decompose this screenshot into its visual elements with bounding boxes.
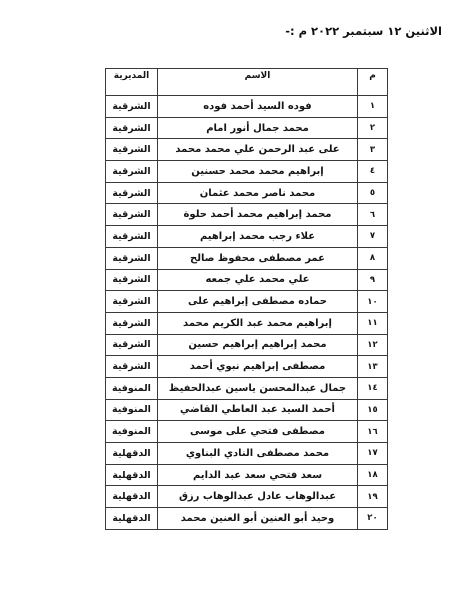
row-directorate-cell: الشرقية (106, 291, 158, 313)
row-name-cell: حماده مصطفى إبراهيم على (158, 291, 358, 313)
table-row: ٢٠وحيد أبو العنين أبو العنين محمدالدقهلي… (106, 508, 388, 530)
row-serial-cell: ١٩ (358, 486, 388, 508)
row-directorate-cell: الشرقية (106, 161, 158, 183)
row-serial-cell: ١٤ (358, 377, 388, 399)
row-serial-cell: ١١ (358, 312, 388, 334)
table-row: ٣على عبد الرحمن علي محمد محمدالشرقية (106, 139, 388, 161)
row-directorate-cell: الشرقية (106, 269, 158, 291)
row-directorate-cell: الدقهلية (106, 486, 158, 508)
row-serial-cell: ١٦ (358, 421, 388, 443)
row-name-cell: محمد مصطفى النادي البناوي (158, 443, 358, 465)
row-name-cell: وحيد أبو العنين أبو العنين محمد (158, 508, 358, 530)
table-row: ١٩عبدالوهاب عادل عبدالوهاب رزقالدقهلية (106, 486, 388, 508)
row-serial-cell: ١ (358, 96, 388, 118)
table-row: ٩علي محمد علي جمعهالشرقية (106, 269, 388, 291)
table-row: ١فوده السيد أحمد فودهالشرقية (106, 96, 388, 118)
row-name-cell: أحمد السيد عبد العاطي القاضي (158, 399, 358, 421)
row-name-cell: محمد ناصر محمد عثمان (158, 182, 358, 204)
table-row: ٨عمر مصطفى محفوظ صالحالشرقية (106, 247, 388, 269)
header-cell-serial: م (358, 69, 388, 96)
row-directorate-cell: الدقهلية (106, 443, 158, 465)
table-row: ١٧محمد مصطفى النادي البناويالدقهلية (106, 443, 388, 465)
row-directorate-cell: الشرقية (106, 182, 158, 204)
row-name-cell: محمد إبراهيم إبراهيم حسين (158, 334, 358, 356)
row-directorate-cell: الشرقية (106, 312, 158, 334)
row-directorate-cell: الشرقية (106, 334, 158, 356)
table-row: ١٥أحمد السيد عبد العاطي القاضيالمنوفية (106, 399, 388, 421)
row-directorate-cell: الدقهلية (106, 464, 158, 486)
row-serial-cell: ١٨ (358, 464, 388, 486)
row-name-cell: فوده السيد أحمد فوده (158, 96, 358, 118)
row-directorate-cell: الشرقية (106, 96, 158, 118)
row-name-cell: مصطفى إبراهيم نبوي أحمد (158, 356, 358, 378)
row-directorate-cell: الشرقية (106, 247, 158, 269)
row-serial-cell: ٩ (358, 269, 388, 291)
row-serial-cell: ١٧ (358, 443, 388, 465)
table-row: ٢محمد جمال أنور امامالشرقية (106, 117, 388, 139)
row-serial-cell: ٥ (358, 182, 388, 204)
table-row: ١٤جمال عبدالمحسن ياسين عبدالحفيظالمنوفية (106, 377, 388, 399)
row-serial-cell: ٢٠ (358, 508, 388, 530)
row-directorate-cell: المنوفية (106, 421, 158, 443)
row-directorate-cell: الشرقية (106, 356, 158, 378)
row-name-cell: علي محمد علي جمعه (158, 269, 358, 291)
header-row: م الاسم المديرية (106, 69, 388, 96)
row-name-cell: عمر مصطفى محفوظ صالح (158, 247, 358, 269)
row-serial-cell: ٧ (358, 226, 388, 248)
row-directorate-cell: المنوفية (106, 399, 158, 421)
row-name-cell: جمال عبدالمحسن ياسين عبدالحفيظ (158, 377, 358, 399)
roster-table: م الاسم المديرية ١فوده السيد أحمد فودهال… (105, 68, 388, 530)
row-serial-cell: ٦ (358, 204, 388, 226)
roster-table-header: م الاسم المديرية (106, 69, 388, 96)
table-row: ١٦مصطفى فتحي على موسىالمنوفية (106, 421, 388, 443)
table-row: ١٣مصطفى إبراهيم نبوي أحمدالشرقية (106, 356, 388, 378)
row-serial-cell: ١٠ (358, 291, 388, 313)
row-directorate-cell: الشرقية (106, 139, 158, 161)
row-name-cell: سعد فتحي سعد عبد الدايم (158, 464, 358, 486)
header-cell-name: الاسم (158, 69, 358, 96)
row-serial-cell: ١٢ (358, 334, 388, 356)
row-directorate-cell: الشرقية (106, 226, 158, 248)
row-name-cell: محمد إبراهيم محمد أحمد حلوة (158, 204, 358, 226)
header-cell-directorate: المديرية (106, 69, 158, 96)
table-row: ٤إبراهيم محمد محمد حسنينالشرقية (106, 161, 388, 183)
row-serial-cell: ١٥ (358, 399, 388, 421)
document-page: الاثنين ١٢ سبتمبر ٢٠٢٢ م :- م الاسم المد… (0, 0, 464, 600)
table-row: ٥محمد ناصر محمد عثمانالشرقية (106, 182, 388, 204)
roster-table-body: ١فوده السيد أحمد فودهالشرقية٢محمد جمال أ… (106, 96, 388, 530)
row-directorate-cell: المنوفية (106, 377, 158, 399)
row-serial-cell: ١٣ (358, 356, 388, 378)
row-name-cell: محمد جمال أنور امام (158, 117, 358, 139)
table-row: ١٠حماده مصطفى إبراهيم علىالشرقية (106, 291, 388, 313)
table-row: ١١إبراهيم محمد عبد الكريم محمدالشرقية (106, 312, 388, 334)
table-row: ٧علاء رجب محمد إبراهيمالشرقية (106, 226, 388, 248)
table-row: ٦محمد إبراهيم محمد أحمد حلوةالشرقية (106, 204, 388, 226)
row-name-cell: إبراهيم محمد عبد الكريم محمد (158, 312, 358, 334)
row-name-cell: علاء رجب محمد إبراهيم (158, 226, 358, 248)
table-row: ١٨سعد فتحي سعد عبد الدايمالدقهلية (106, 464, 388, 486)
table-row: ١٢محمد إبراهيم إبراهيم حسينالشرقية (106, 334, 388, 356)
row-name-cell: مصطفى فتحي على موسى (158, 421, 358, 443)
row-serial-cell: ٤ (358, 161, 388, 183)
row-name-cell: عبدالوهاب عادل عبدالوهاب رزق (158, 486, 358, 508)
row-directorate-cell: الدقهلية (106, 508, 158, 530)
row-directorate-cell: الشرقية (106, 204, 158, 226)
row-name-cell: على عبد الرحمن علي محمد محمد (158, 139, 358, 161)
row-serial-cell: ٨ (358, 247, 388, 269)
row-name-cell: إبراهيم محمد محمد حسنين (158, 161, 358, 183)
row-serial-cell: ٣ (358, 139, 388, 161)
date-heading: الاثنين ١٢ سبتمبر ٢٠٢٢ م :- (285, 24, 442, 38)
row-serial-cell: ٢ (358, 117, 388, 139)
row-directorate-cell: الشرقية (106, 117, 158, 139)
